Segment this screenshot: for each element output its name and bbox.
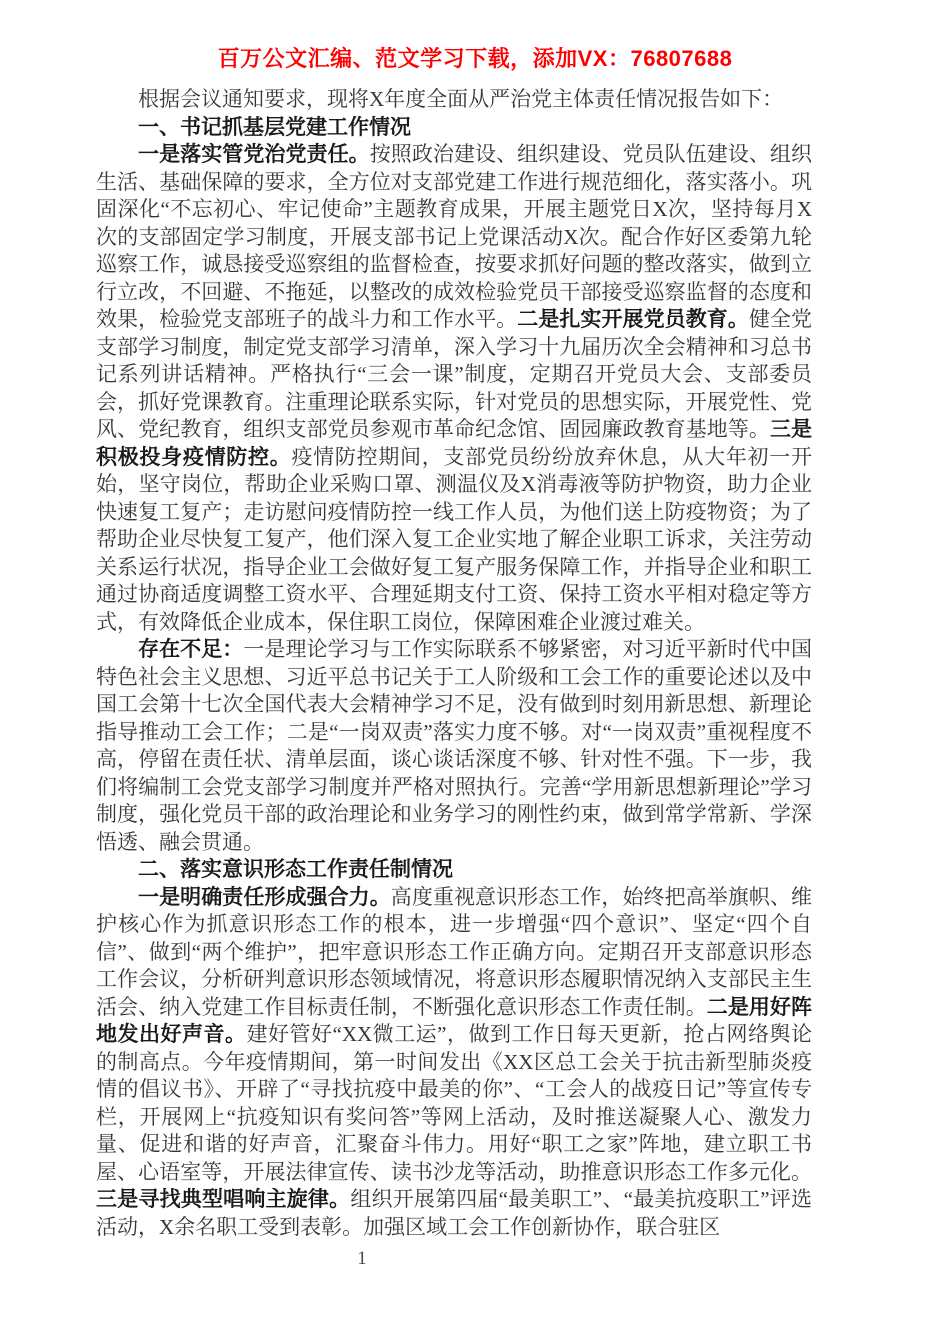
text-run-bold: 二是扎实开展党员教育。 [517,307,749,331]
text-run-bold: 一、书记抓基层党建工作情况 [138,115,411,139]
text-run: 疫情防控期间，支部党员纷纷放弃休息，从大年初一开始，坚守岗位，帮助企业采购口罩、… [96,445,812,634]
text-run-bold: 二、落实意识形态工作责任制情况 [138,857,453,881]
paragraph: 一是落实管党治党责任。按照政治建设、组织建设、党员队伍建设、组织生活、基础保障的… [96,141,812,636]
paragraph: 一是明确责任形成强合力。高度重视意识形态工作，始终把高举旗帜、维护核心作为抓意识… [96,884,812,1242]
text-run: 根据会议通知要求，现将X年度全面从严治党主体责任情况报告如下： [138,87,783,111]
document-body: 根据会议通知要求，现将X年度全面从严治党主体责任情况报告如下：一、书记抓基层党建… [96,86,812,1241]
text-run-bold: 三是寻找典型唱响主旋律。 [96,1187,350,1211]
paragraph: 根据会议通知要求，现将X年度全面从严治党主体责任情况报告如下： [96,86,812,114]
section-heading: 二、落实意识形态工作责任制情况 [96,856,812,884]
text-run: 一是理论学习与工作实际联系不够紧密，对习近平新时代中国特色社会主义思想、习近平总… [96,637,812,854]
text-run: 按照政治建设、组织建设、党员队伍建设、组织生活、基础保障的要求，全方位对支部党建… [96,142,812,331]
document-page: 百万公文汇编、范文学习下载，添加VX：76807688 根据会议通知要求，现将X… [0,0,950,1344]
promo-header-text: 百万公文汇编、范文学习下载，添加VX：76807688 [0,42,950,73]
text-run: 建好管好“XX微工运”，做到工作日每天更新，抢占网络舆论的制高点。今年疫情期间，… [96,1022,812,1184]
text-run-bold: 一是明确责任形成强合力。 [138,885,391,909]
page-number: 1 [300,1248,424,1270]
text-run-bold: 存在不足： [138,637,243,661]
paragraph: 存在不足：一是理论学习与工作实际联系不够紧密，对习近平新时代中国特色社会主义思想… [96,636,812,856]
text-run-bold: 一是落实管党治党责任。 [138,142,370,166]
section-heading: 一、书记抓基层党建工作情况 [96,114,812,142]
